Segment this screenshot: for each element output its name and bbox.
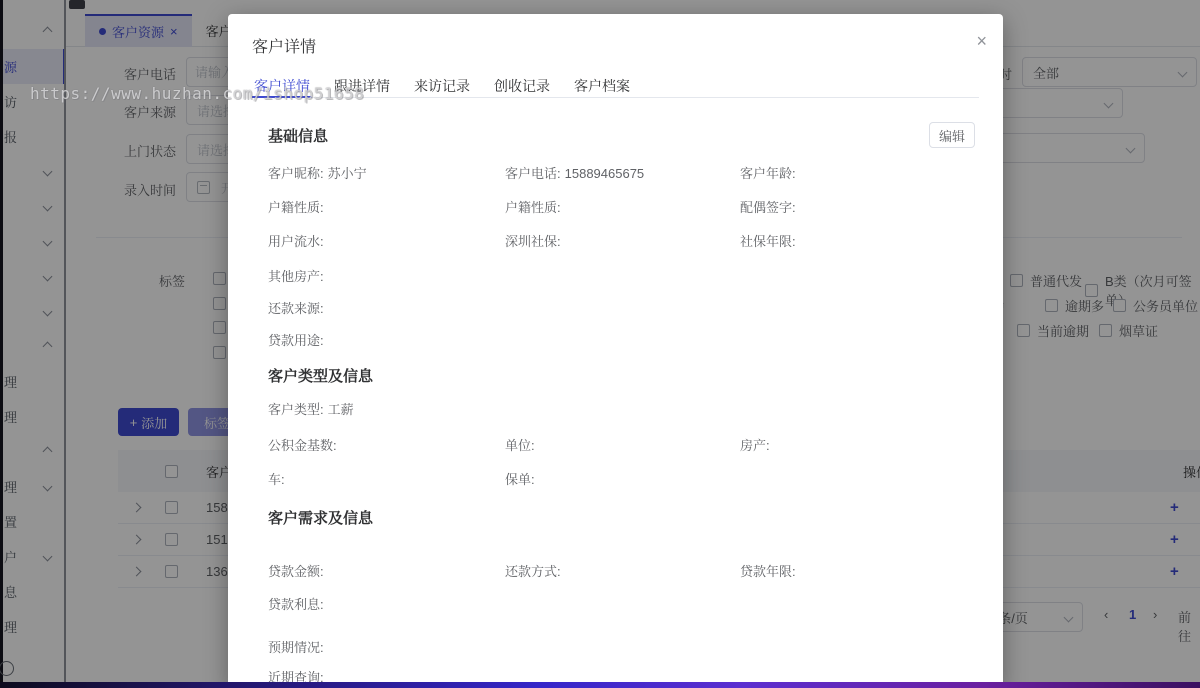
modal-tab-visits[interactable]: 来访记录 (412, 76, 472, 97)
field-fund-base: 公积金基数: (268, 439, 505, 453)
field-repay-method: 还款方式: (505, 565, 740, 579)
modal-tab-revenue[interactable]: 创收记录 (492, 76, 552, 97)
modal-tab-followup[interactable]: 跟进详情 (332, 76, 392, 97)
field-car: 车: (268, 473, 505, 487)
field-loan-interest: 贷款利息: (268, 598, 975, 612)
field-customer-type: 客户类型:工薪 (268, 403, 975, 417)
field-loan-amount: 贷款金额: (268, 565, 505, 579)
close-modal-icon[interactable]: × (976, 32, 987, 50)
field-phone: 客户电话:15889465675 (505, 167, 740, 181)
field-hukou1: 户籍性质: (268, 201, 505, 215)
field-nickname: 客户昵称:苏小宁 (268, 167, 505, 181)
field-other-house: 其他房产: (268, 270, 975, 284)
modal-tab-detail[interactable]: 客户详情 (252, 76, 312, 97)
field-flow: 用户流水: (268, 235, 505, 249)
field-house: 房产: (740, 439, 975, 453)
field-loan-years: 贷款年限: (740, 565, 975, 579)
field-expect: 预期情况: (268, 641, 975, 655)
field-age: 客户年龄: (740, 167, 975, 181)
field-repay-source: 还款来源: (268, 302, 975, 316)
field-shebao-years: 社保年限: (740, 235, 975, 249)
field-shebao: 深圳社保: (505, 235, 740, 249)
edit-button[interactable]: 编辑 (929, 122, 975, 148)
field-policy: 保单: (505, 473, 740, 487)
field-spouse: 配偶签字: (740, 201, 975, 215)
section-basic-info: 基础信息 (268, 125, 328, 146)
section-customer-need: 客户需求及信息 (268, 511, 975, 527)
section-customer-type: 客户类型及信息 (268, 369, 975, 385)
field-loan-use: 贷款用途: (268, 334, 975, 348)
field-unit: 单位: (505, 439, 740, 453)
modal-title: 客户详情 (252, 34, 316, 57)
customer-detail-modal: 客户详情 × 客户详情 跟进详情 来访记录 创收记录 客户档案 基础信息 编辑 … (228, 14, 1003, 688)
field-hukou2: 户籍性质: (505, 201, 740, 215)
bottom-accent-bar (0, 682, 1200, 688)
modal-tab-archive[interactable]: 客户档案 (572, 76, 632, 97)
modal-body: 基础信息 编辑 客户昵称:苏小宁 客户电话:15889465675 客户年龄: … (268, 98, 975, 688)
modal-tabs: 客户详情 跟进详情 来访记录 创收记录 客户档案 (252, 76, 979, 98)
